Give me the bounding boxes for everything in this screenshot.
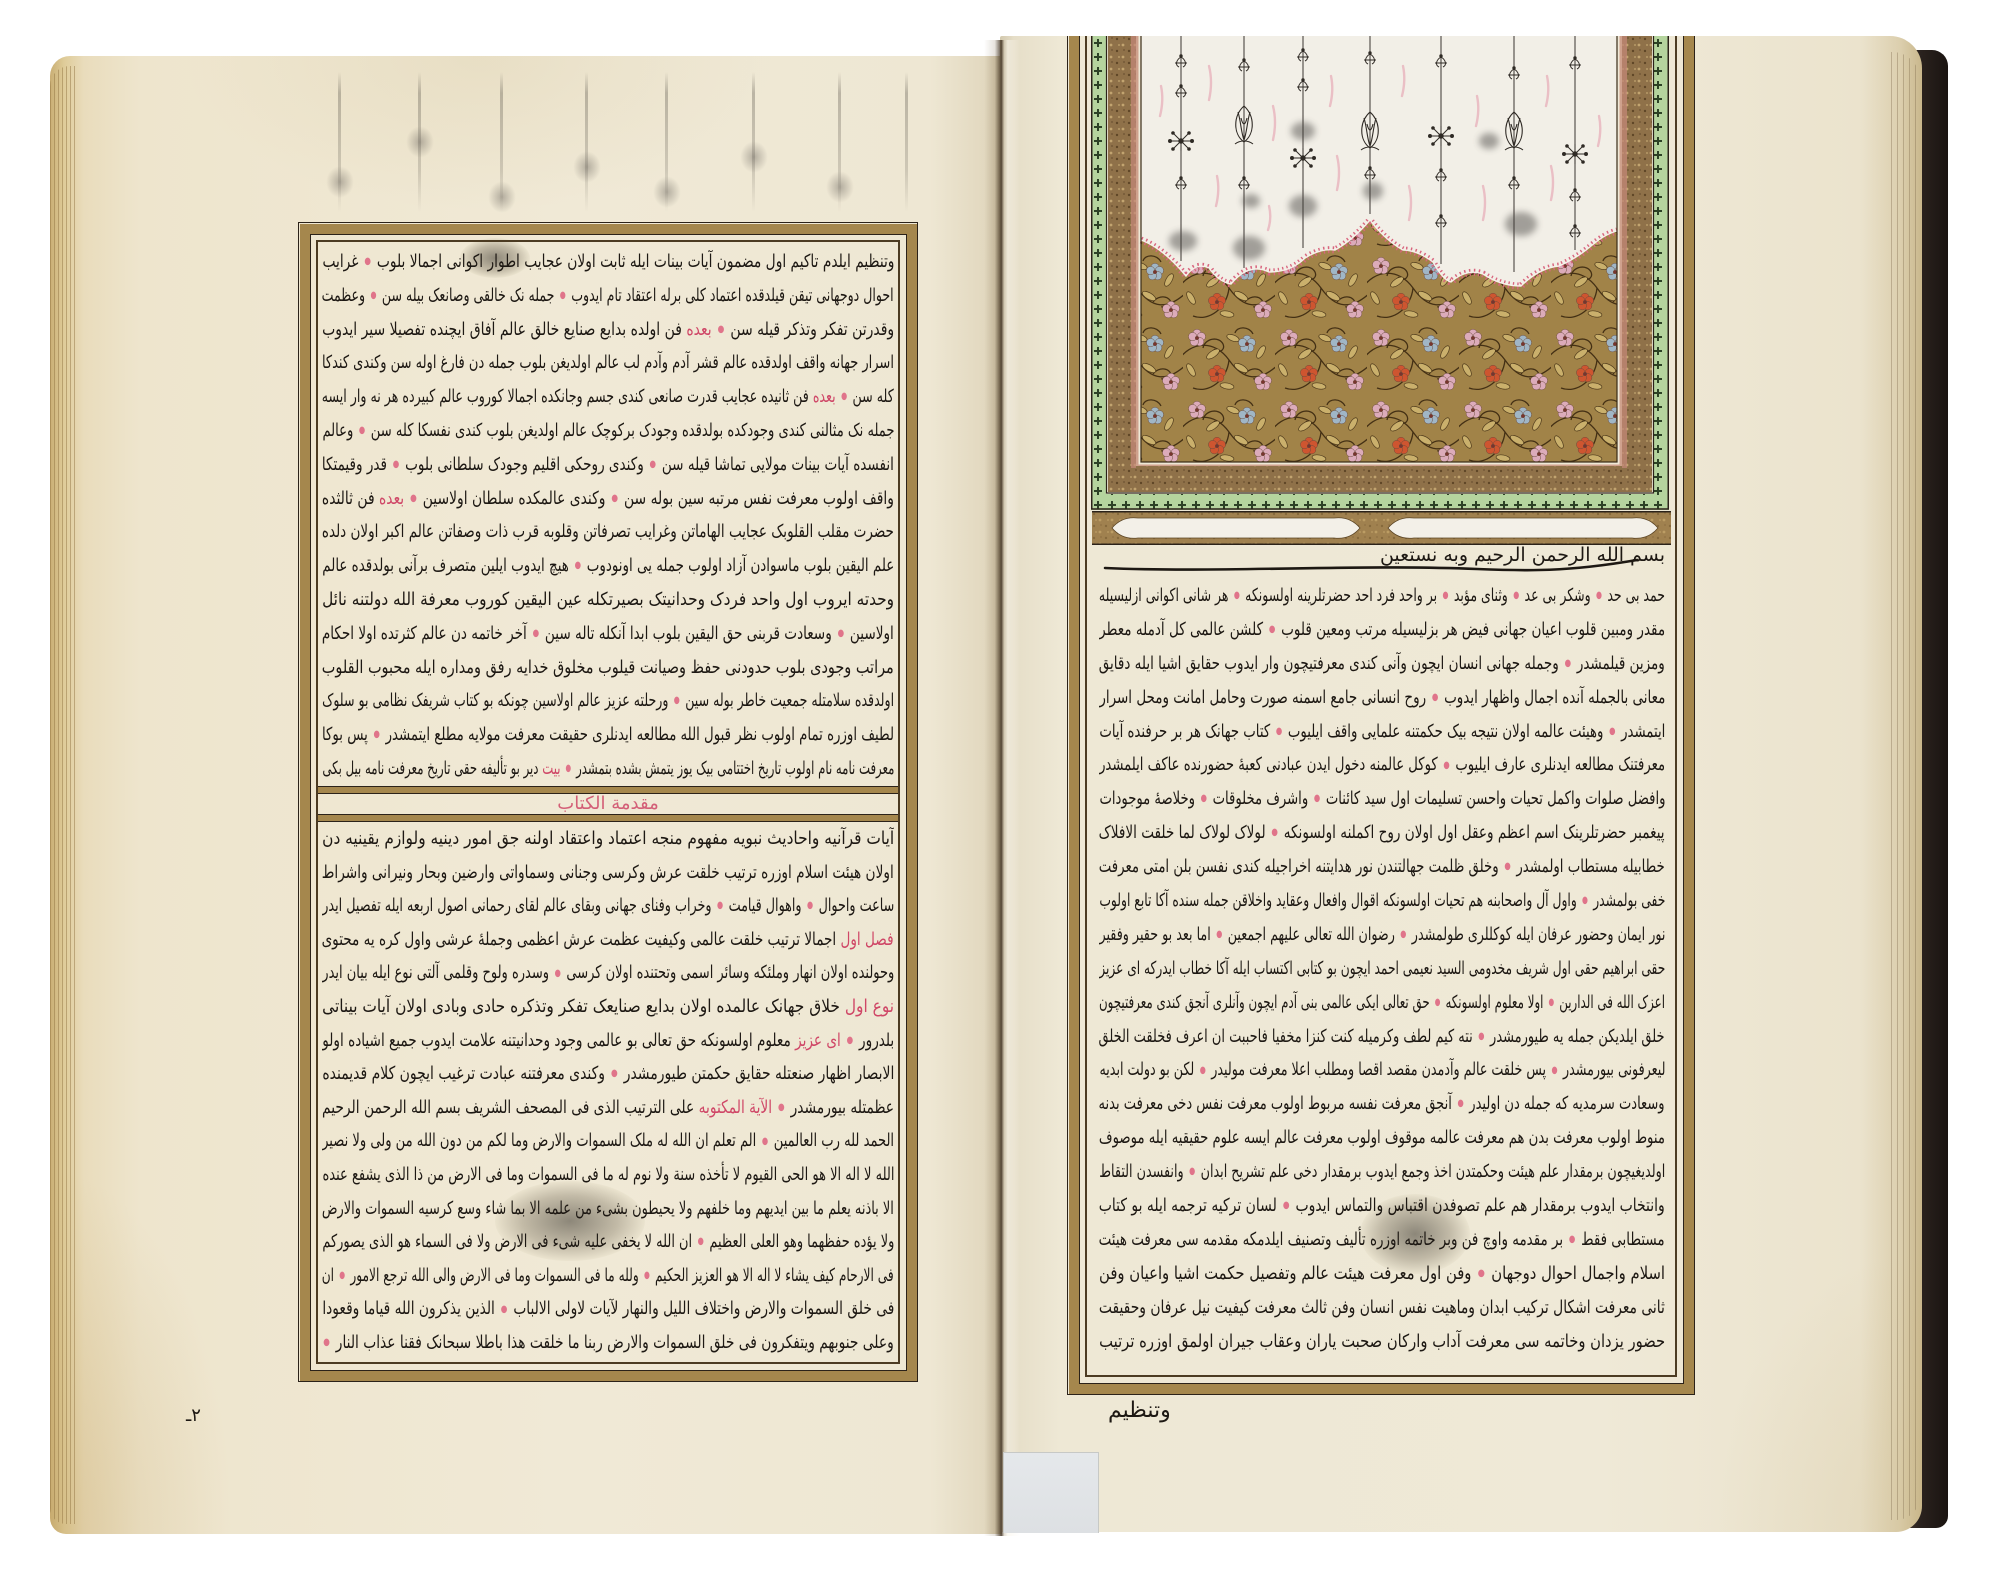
text-line: وافضل صلوات واکمل تحیات واحسن تسلیمات او…	[1099, 782, 1665, 816]
text-line: منوط اولوب معرفت بدن هم معرفت عالمه موقو…	[1099, 1121, 1665, 1155]
text-line: حمد بی حد ● وشکر بی عد ● وثنای مؤبد ● بر…	[1099, 579, 1665, 613]
verse-dot-icon: ●	[1433, 997, 1441, 1008]
verse-dot-icon: ●	[1476, 1268, 1486, 1279]
text-line: حقی ابراهیم حقی اول شریف مخدومی السید نع…	[1099, 952, 1665, 986]
text-line: خلق ایلدیکن جمله یه طیورمشدر ● نته کیم ل…	[1099, 1020, 1665, 1054]
text-line: اولدقده سلامتله جمعیت خاطر بوله سین ● ور…	[322, 684, 894, 718]
verse-dot-icon: ●	[1595, 590, 1604, 601]
text-line: الحمد لله رب العالمین ● الم تعلم ان الله…	[322, 1124, 894, 1158]
verse-dot-icon: ●	[696, 1236, 705, 1247]
verse-dot-icon: ●	[1441, 590, 1450, 601]
text-line: اولاسین ● وسعادت قربنی حق الیقین بلوب اب…	[322, 617, 894, 651]
text-line: وعلی جنوبهم ویتفکرون فی خلق السموات والا…	[322, 1326, 894, 1360]
verse-dot-icon: ●	[1430, 692, 1439, 703]
text-line: معرفتنک مطالعه ایدنلری عارف ایلیوب ● کوک…	[1099, 748, 1665, 782]
rubric-word: بعده	[379, 488, 404, 509]
verse-dot-icon: ●	[573, 560, 582, 571]
left-text-frame: وتنظیم ایلدم تاکیم اول مضمون آیات بینات …	[298, 222, 918, 1382]
verse-dot-icon: ●	[372, 729, 381, 740]
verse-dot-icon: ●	[716, 324, 726, 335]
text-line: نوع اول خلاق جهانک عالمده اولان بدایع صن…	[322, 990, 894, 1024]
text-line: عظمتله بیورمشدر ● الآیة المکتوبه علی الت…	[322, 1091, 894, 1125]
offset-blob	[826, 171, 854, 203]
page-edges	[1886, 52, 1920, 1520]
text-line: ولا یؤده حفظهما وهو العلی العظیم ● ان ال…	[322, 1225, 894, 1259]
text-line: معرفت نامه نام اولوب تاریخ اختتامی بیک ی…	[322, 752, 894, 786]
cartouche-band	[1092, 511, 1671, 545]
text-line: معانی بالجمله آنده اجمال واظهار ایدوب ● …	[1099, 681, 1665, 715]
verse-dot-icon: ●	[1550, 1065, 1559, 1076]
verse-dot-icon: ●	[1233, 590, 1242, 601]
left-page: وتنظیم ایلدم تاکیم اول مضمون آیات بینات …	[50, 56, 1002, 1534]
verse-dot-icon: ●	[1198, 1065, 1207, 1076]
basmala-text: بسم الله الرحمن الرحیم وبه نستعین	[1380, 544, 1665, 566]
verse-dot-icon: ●	[369, 290, 378, 301]
text-line: خفی بولمشدر ● واول آل واصحابنه هم تحیات …	[1099, 884, 1665, 918]
verse-dot-icon: ●	[648, 459, 658, 470]
verse-dot-icon: ●	[1214, 929, 1223, 940]
text-line: خطابیله مستطاب اولمشدر ● وخلق ظلمت جهالت…	[1099, 850, 1665, 884]
verse-dot-icon: ●	[1187, 1166, 1196, 1177]
verse-dot-icon: ●	[1607, 726, 1616, 737]
rubric-word: بعده	[813, 386, 836, 407]
text-line: اسرار جهانه واقف اولدقده عالم قشر آدم وآ…	[322, 346, 894, 380]
page-edges	[50, 66, 76, 1524]
verse-dot-icon: ●	[1477, 1031, 1486, 1042]
text-line: وقدرتن تفکر وتذکر قیله سن ● بعده فن اولد…	[322, 313, 894, 347]
rubric-word: فصل اول	[841, 929, 894, 950]
text-line: مقدر ومبین قلوب اعیان جهانی فیض هر بزلیس…	[1099, 613, 1665, 647]
text-line: واقف اولوب معرفت نفس مرتبه سین بوله سن ●…	[322, 482, 894, 516]
verse-dot-icon: ●	[1267, 624, 1277, 635]
text-line: انفسده آیات بینات مولایی تماشا قیله سن ●…	[322, 448, 894, 482]
text-line: بلدرور ● ای عزیز معلوم اولسونکه حق تعالی…	[322, 1024, 894, 1058]
verse-dot-icon: ●	[1547, 997, 1555, 1008]
verse-dot-icon: ●	[1199, 793, 1208, 804]
text-line: اولان هیئت اسلام اوزره ترتیب خلقت عرش وک…	[322, 856, 894, 890]
text-line: فی خلق السموات والارض واختلاف اللیل والن…	[322, 1292, 894, 1326]
spine-paper-label	[1003, 1452, 1099, 1533]
text-line: پیغمبر حضرتلرینک اسم اعظم وعقل اول اولان…	[1099, 816, 1665, 850]
gutter-fold	[984, 40, 1020, 1536]
text-line: کله سن ● بعده فن ثانیده عجایب قدرت صانعی…	[322, 380, 894, 414]
text-line: فصل اول اجمالا ترتیب خلقت عالمی وکیفیت ع…	[322, 923, 894, 957]
verse-dot-icon: ●	[391, 459, 401, 470]
verse-dot-icon: ●	[564, 763, 572, 774]
text-line: لیعرفونی بیورمشدر ● پس خلقت عالم وآدمدن …	[1099, 1053, 1665, 1087]
section-heading: مقدمة الکتاب	[318, 794, 898, 814]
floral-illuminated-headpiece-icon	[1091, 36, 1669, 510]
rubric-word: بیت	[542, 758, 560, 779]
verse-dot-icon: ●	[805, 900, 814, 911]
offset-blob	[740, 141, 768, 173]
verse-dot-icon: ●	[1270, 827, 1280, 838]
text-line: ساعت واحوال ● واهوال قیامت ● وخراب وفنای…	[322, 889, 894, 923]
text-line: لطیف اوزره تمام اولوب نظر قبول الله مطال…	[322, 718, 894, 752]
rubric-word: ای عزیز	[795, 1030, 841, 1051]
rubric-word: الآیة المکتوبه	[699, 1097, 773, 1118]
text-line: ایتمشدر ● وهیئت عالمه اولان نتیجه بیک حک…	[1099, 715, 1665, 749]
text-line: ثانی معرفت اشکال ترکیب ابدان وماهیت نفس …	[1099, 1291, 1665, 1325]
verse-dot-icon: ●	[499, 1304, 509, 1315]
text-line: اعزک الله فی الدارین ● اولا معلوم اولسون…	[1099, 986, 1665, 1020]
verse-dot-icon: ●	[1568, 1234, 1577, 1245]
verse-dot-icon: ●	[1274, 726, 1283, 737]
verse-dot-icon: ●	[1563, 658, 1572, 669]
verse-dot-icon: ●	[1580, 895, 1589, 906]
text-line: وحدته ایروب اول واحد فردک وحدانیتک بصیرت…	[322, 583, 894, 617]
text-line: حضرت مقلب القلوبک عجایب الهاماتن وغرایب …	[322, 515, 894, 549]
text-line: الابصار اظهار صنعتله حقایق حکمتن طیورمشد…	[322, 1057, 894, 1091]
offset-streak	[585, 72, 588, 212]
offset-blob	[406, 126, 434, 158]
text-line: الا باذنه یعلم ما بین ایدیهم وما خلفهم و…	[322, 1192, 894, 1226]
upper-text-block: وتنظیم ایلدم تاکیم اول مضمون آیات بینات …	[322, 245, 894, 786]
text-line: وتنظیم ایلدم تاکیم اول مضمون آیات بینات …	[322, 245, 894, 279]
text-line: مراتب وجودی بلوب حدودنی حفظ وصیانت قیلوب…	[322, 651, 894, 685]
text-line: وسعادت سرمدیه که جمله دن اولیدر ● آنجق م…	[1099, 1087, 1665, 1121]
verse-dot-icon: ●	[840, 391, 849, 402]
verse-dot-icon: ●	[1503, 861, 1512, 872]
text-line: ومزین قیلمشدر ● وجمله جهانی انسان ایچون …	[1099, 647, 1665, 681]
text-line: وحولنده اولان انهار وملئکه وسائر اسمی وت…	[322, 956, 894, 990]
text-line: فی الارحام کیف یشاء لا اله الا هو العزیز…	[322, 1259, 894, 1293]
verse-dot-icon: ●	[409, 493, 419, 504]
offset-blob	[573, 151, 601, 183]
verse-dot-icon: ●	[643, 1270, 652, 1281]
verse-dot-icon: ●	[610, 493, 620, 504]
verse-dot-icon: ●	[845, 1035, 855, 1046]
verse-dot-icon: ●	[553, 968, 562, 979]
verse-dot-icon: ●	[672, 695, 681, 706]
right-text-frame: بسم الله الرحمن الرحیم وبه نستعین حمد بی…	[1067, 36, 1695, 1395]
text-line: علم الیقین بلوب ماسوادن آزاد اولوب جمله …	[322, 549, 894, 583]
text-line: جمله نک مثالنی کندی وجودکده بولدقده وجود…	[322, 414, 894, 448]
rubric-word: نوع اول	[845, 996, 894, 1017]
verse-dot-icon: ●	[531, 628, 541, 639]
open-manuscript-photo: وتنظیم ایلدم تاکیم اول مضمون آیات بینات …	[0, 0, 2000, 1588]
verse-dot-icon: ●	[776, 1102, 786, 1113]
verse-dot-icon: ●	[609, 1068, 619, 1079]
offset-blob	[653, 176, 681, 208]
text-line: نور ایمان وحضور عرفان ایله کوکللری طولمش…	[1099, 918, 1665, 952]
verse-dot-icon: ●	[836, 628, 846, 639]
text-line: مستطابی فقط ● بر مقدمه واوچ فن وبر خاتمه…	[1099, 1223, 1665, 1257]
verse-dot-icon: ●	[1442, 760, 1451, 771]
text-line: حضور یزدان وخاتمه سی معرفت آداب وارکان ص…	[1099, 1325, 1665, 1359]
verse-dot-icon: ●	[760, 1136, 769, 1147]
offset-blob	[488, 181, 516, 213]
verse-dot-icon: ●	[559, 290, 568, 301]
main-text-block: حمد بی حد ● وشکر بی عد ● وثنای مؤبد ● بر…	[1099, 579, 1665, 1358]
lower-text-block: آیات قرآنیه واحادیث نبویه مفهوم منجه اعت…	[322, 822, 894, 1360]
text-line: وانتخاب ایدوب برمقدار هم علم تصوفدن اقتب…	[1099, 1189, 1665, 1223]
verse-dot-icon: ●	[1312, 793, 1321, 804]
verse-dot-icon: ●	[1456, 1098, 1465, 1109]
verse-dot-icon: ●	[1398, 929, 1407, 940]
text-line: اولدیغیچون برمقدار علم هیئت وحکمتدن اخذ …	[1099, 1155, 1665, 1189]
verse-dot-icon: ●	[1512, 590, 1521, 601]
rubric-word: بعده	[686, 319, 711, 340]
catchword: وتنظیم	[1108, 1398, 1171, 1423]
basmala-header: بسم الله الرحمن الرحیم وبه نستعین	[1097, 542, 1665, 582]
right-page: بسم الله الرحمن الرحیم وبه نستعین حمد بی…	[1000, 36, 1922, 1532]
text-line: الله لا اله الا هو الحی القیوم لا تأخذه …	[322, 1158, 894, 1192]
verse-dot-icon: ●	[338, 1270, 347, 1281]
text-line: آیات قرآنیه واحادیث نبویه مفهوم منجه اعت…	[322, 822, 894, 856]
verse-dot-icon: ●	[357, 425, 366, 436]
verse-dot-icon: ●	[1282, 1200, 1292, 1211]
text-line: احوال دوجهانی تیقن قیلدقده اعتماد کلی بر…	[322, 279, 894, 313]
verse-dot-icon: ●	[715, 900, 724, 911]
verse-dot-icon: ●	[322, 1337, 332, 1348]
offset-blob	[326, 166, 354, 198]
folio-mark: ٢ـ	[186, 1405, 201, 1426]
offset-streak	[905, 72, 908, 212]
text-line: اسلام واجمال احوال دوجهان ● وفن اول معرف…	[1099, 1257, 1665, 1291]
verse-dot-icon: ●	[362, 256, 372, 267]
section-divider	[318, 814, 898, 822]
